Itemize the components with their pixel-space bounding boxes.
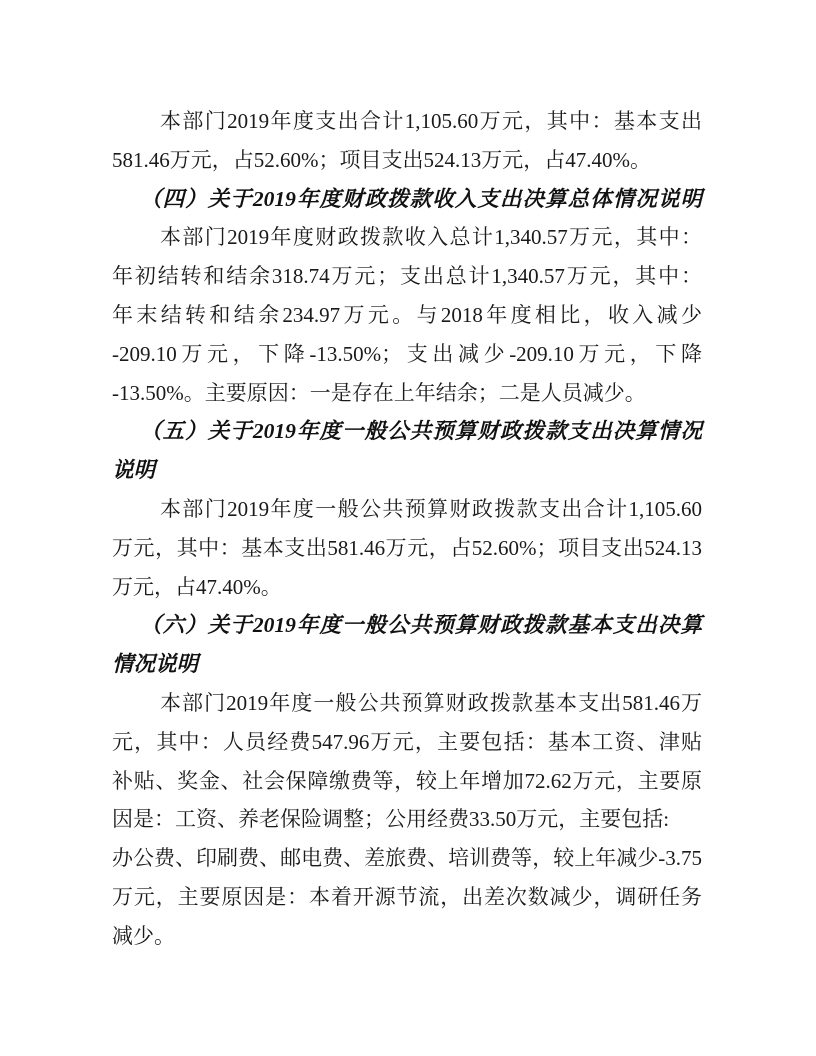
paragraph-line: 因是：工资、养老保险调整；公用经费33.50万元，主要包括: <box>112 800 702 839</box>
section-heading-line: （四）关于2019年度财政拨款收入支出决算总体情况说明 <box>112 180 702 219</box>
paragraph-line: 补贴、奖金、社会保障缴费等，较上年增加72.62万元，主要原 <box>112 762 702 801</box>
paragraph-line: -209.10万元，下降-13.50%；支出减少-209.10万元，下降 <box>112 335 702 374</box>
paragraph-line: 办公费、印刷费、邮电费、差旅费、培训费等，较上年减少-3.75 <box>112 839 702 878</box>
paragraph-line: -13.50%。主要原因：一是存在上年结余；二是人员减少。 <box>112 374 702 413</box>
document-page: 本部门2019年度支出合计1,105.60万元，其中：基本支出 581.46万元… <box>0 0 816 1056</box>
section-heading-line: 情况说明 <box>112 645 702 684</box>
paragraph-line: 元，其中：人员经费547.96万元，主要包括：基本工资、津贴 <box>112 723 702 762</box>
paragraph-line: 本部门2019年度一般公共预算财政拨款支出合计1,105.60 <box>112 490 702 529</box>
section-heading-line: （五）关于2019年度一般公共预算财政拨款支出决算情况 <box>112 412 702 451</box>
section-heading-line: 说明 <box>112 451 702 490</box>
paragraph-line: 减少。 <box>112 917 702 956</box>
paragraph-line: 万元，占47.40%。 <box>112 568 702 607</box>
paragraph-line: 581.46万元，占52.60%；项目支出524.13万元，占47.40%。 <box>112 141 702 180</box>
paragraph-line: 年末结转和结余234.97万元。与2018年度相比，收入减少 <box>112 296 702 335</box>
paragraph-line: 本部门2019年度支出合计1,105.60万元，其中：基本支出 <box>112 102 702 141</box>
paragraph-line: 万元，其中：基本支出581.46万元，占52.60%；项目支出524.13 <box>112 529 702 568</box>
paragraph-line: 本部门2019年度财政拨款收入总计1,340.57万元，其中： <box>112 218 702 257</box>
section-heading-line: （六）关于2019年度一般公共预算财政拨款基本支出决算 <box>112 606 702 645</box>
paragraph-line: 本部门2019年度一般公共预算财政拨款基本支出581.46万 <box>112 684 702 723</box>
document-body: 本部门2019年度支出合计1,105.60万元，其中：基本支出 581.46万元… <box>112 102 702 956</box>
paragraph-line: 年初结转和结余318.74万元；支出总计1,340.57万元，其中： <box>112 257 702 296</box>
paragraph-line: 万元，主要原因是：本着开源节流，出差次数减少，调研任务 <box>112 878 702 917</box>
